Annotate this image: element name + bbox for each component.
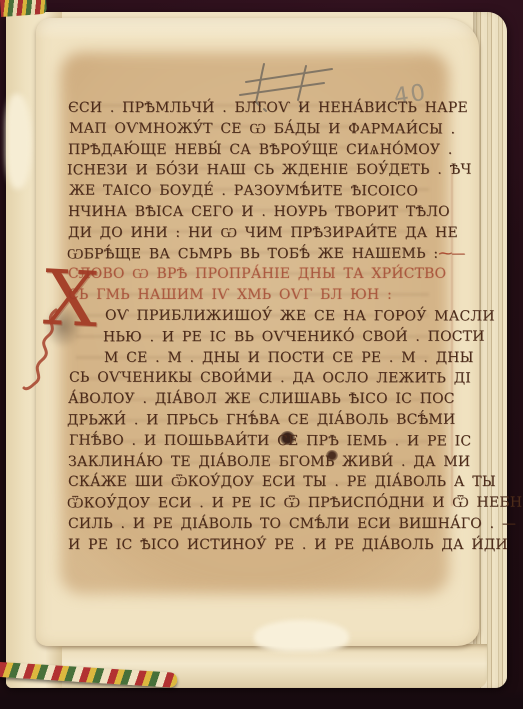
manuscript-text-line: СЬ ОѴЧЕНИКЫ СВОИ́МИ . ДА ОСЛО ЛЕЖИТЬ ДІ [69,368,483,390]
line-text: ЄСИ . ПРѢМЛЬЧИ́ . БЛ́ГОѴ И НЕНА́ВИСТЬ НА… [68,100,468,116]
line-text: ДИ ДО ИНИ : НИ Ѡ ЧИМ ПРѢЗИРАИ́ТЕ ДА НЕ [68,225,458,241]
line-text: СЬ ГМЬ НАШИМ ІѴ ХМЬ ОѴГ БЛ ЮН : [68,287,392,303]
manuscript-text-line: МАП ОѴМНОЖУ́Т СЕ Ѡ БА́ДЫ И ФАРМАИ́СЫ . [69,118,483,140]
line-text: ДРЬЖИ́ . И ПРЬСЬ ГНѢ́ВА СЕ ДІА́ВОЛЬ ВСѢ́… [67,412,455,429]
book-block: 40 Х ЄСИ . ПРѢМЛЬЧИ́ . БЛ́ГОѴ И НЕНА́ВИС… [6,12,507,688]
manuscript-text-line: ДИ ДО ИНИ : НИ Ѡ ЧИМ ПРѢЗИРАИ́ТЕ ДА НЕ [68,223,482,244]
manuscript-text-line: ДРЬЖИ́ . И ПРЬСЬ ГНѢ́ВА СЕ ДІА́ВОЛЬ ВСѢ́… [67,410,481,432]
manuscript-text-line: СКА́ЖЕ ШИ ѾКОУ́ДОУ ЕСИ ТЫ . РЕ ДІА́ВОЛЬ … [68,472,482,493]
line-text: МАП ОѴМНОЖУ́Т СЕ Ѡ БА́ДЫ И ФАРМАИ́СЫ . [69,120,455,137]
line-text: ПРѢДАЮ́ЩЕ НЕВЫ́ СА ВѢРОУ́ЩЕ СИѦНО́МОУ . [68,142,453,158]
manuscript-text-line: СЬ ГМЬ НАШИМ ІѴ ХМЬ ОѴГ БЛ ЮН : [68,285,482,306]
manuscript-text-line: СЛОВО Ѡ ВРѢ ПРОПРА́НІЕ ДНЫ ТА ХРИ́СТВО [68,264,482,285]
line-text: А́ВОЛОУ . ДІА́ВОЛ ЖЕ СЛИШАВЬ ѢІСО ІС ПОС [68,391,455,407]
line-text: СЬ ОѴЧЕНИКЫ СВОИ́МИ . ДА ОСЛО ЛЕЖИТЬ ДІ [69,370,471,387]
manuscript-text-line: ЄСИ . ПРѢМЛЬЧИ́ . БЛ́ГОѴ И НЕНА́ВИСТЬ НА… [68,98,482,119]
manuscript-text-line: ІСНЕЗИ И БО́ЗИ НАШ СЬ ЖДЕНІЕ БОУ́ДЕТЬ . … [67,160,481,182]
line-text: НЧИНА ВѢІСА СЕГО И . НОУРЬ ТВОРИТ ТѢЛО [68,204,450,220]
line-text: ѾКОУ́ДОУ ЕСИ . И РЕ ІС Ѿ ПРѢИСПО́ДНИ И Ѿ… [67,495,523,512]
bottom-edge-chip [254,620,349,652]
cover-shadow [0,687,523,709]
manuscript-text-line: СИЛЬ . И РЕ ДІА́ВОЛЬ ТО СМѢ́ЛИ ЕСИ ВИШНА… [68,514,482,535]
line-text: ЗАКЛИНА́Ю ТЕ ДІА́ВОЛЕ БГОМЬ ЖИВИ́ . ДА М… [68,454,470,470]
line-text: ОѴ ПРИБЛИЖИШОУ́ ЖЕ СЕ НА ГОРОУ́ МАСЛИ [105,308,495,325]
manuscript-text-line: ПРѢДАЮ́ЩЕ НЕВЫ́ СА ВѢРОУ́ЩЕ СИѦНО́МОУ . [68,140,482,161]
manuscript-text-line: ОѴ ПРИБЛИЖИШОУ́ ЖЕ СЕ НА ГОРОУ́ МАСЛИ [69,306,483,328]
line-text: НЬЮ . И РЕ ІС ВЬ ОѴЧЕНИКО́ СВОИ́ . ПОСТИ [103,328,485,345]
manuscript-text-line: НЧИНА ВѢІСА СЕГО И . НОУРЬ ТВОРИТ ТѢЛО [68,202,482,223]
margin-tear-patch [6,94,32,189]
manuscript-text-line: И РЕ ІС ѢІСО ИСТИНОУ́ РЕ . И РЕ ДІА́ВОЛЬ… [68,535,482,556]
line-text: И РЕ ІС ѢІСО ИСТИНОУ́ РЕ . И РЕ ДІА́ВОЛЬ… [68,537,508,553]
manuscript-text-line: ѠБРѢ́ЩЕ ВА СЬМРЬ ВЬ ТОБѢ́ ЖЕ НАШЕМЬ :⁓— [67,243,481,265]
manuscript-text-line: НЬЮ . И РЕ ІС ВЬ ОѴЧЕНИКО́ СВОИ́ . ПОСТИ [67,326,481,348]
line-text: СКА́ЖЕ ШИ ѾКОУ́ДОУ ЕСИ ТЫ . РЕ ДІА́ВОЛЬ … [68,474,496,490]
line-text: М СЕ . М . ДНЫ И ПОСТИ СЕ РЕ . М . ДНЫ [104,350,474,366]
line-text: ѠБРѢ́ЩЕ ВА СЬМРЬ ВЬ ТОБѢ́ ЖЕ НАШЕМЬ : [67,245,438,262]
line-text: ЖЕ ТАІСО БОУДЕ́ . РАЗОУМѢ́ИТЕ ѢІСОІСО [69,183,418,200]
manuscript-text-line: ЗАКЛИНА́Ю ТЕ ДІА́ВОЛЕ БГОМЬ ЖИВИ́ . ДА М… [68,452,482,473]
manuscript-text-line: ЖЕ ТАІСО БОУДЕ́ . РАЗОУМѢ́ИТЕ ѢІСОІСО [69,181,483,203]
manuscript-text-block: ЄСИ . ПРѢМЛЬЧИ́ . БЛ́ГОѴ И НЕНА́ВИСТЬ НА… [68,98,482,556]
line-text: СЛОВО Ѡ ВРѢ ПРОПРА́НІЕ ДНЫ ТА ХРИ́СТВО [68,266,446,282]
manuscript-text-line: А́ВОЛОУ . ДІА́ВОЛ ЖЕ СЛИШАВЬ ѢІСО ІС ПОС [68,389,482,410]
manuscript-page: 40 Х ЄСИ . ПРѢМЛЬЧИ́ . БЛ́ГОѴ И НЕНА́ВИС… [36,18,479,646]
manuscript-photo: 40 Х ЄСИ . ПРѢМЛЬЧИ́ . БЛ́ГОѴ И НЕНА́ВИС… [0,0,523,709]
initial-flourish [20,306,64,394]
manuscript-text-line: ѾКОУ́ДОУ ЕСИ . И РЕ ІС Ѿ ПРѢИСПО́ДНИ И Ѿ… [67,493,481,515]
manuscript-text-line: М СЕ . М . ДНЫ И ПОСТИ СЕ РЕ . М . ДНЫ [68,348,482,369]
line-text: ІСНЕЗИ И БО́ЗИ НАШ СЬ ЖДЕНІЕ БОУ́ДЕТЬ . … [67,162,472,179]
line-text: СИЛЬ . И РЕ ДІА́ВОЛЬ ТО СМѢ́ЛИ ЕСИ ВИШНА… [68,516,516,532]
manuscript-text-line: ГНѢ́ВО . И ПОШЬВАИ́ТИ СЕ ПРѢ ІЕМЬ . И РЕ… [69,430,483,452]
line-text: ГНѢ́ВО . И ПОШЬВАИ́ТИ СЕ ПРѢ ІЕМЬ . И РЕ… [69,432,471,449]
rubric-line-end-flourish: ⁓— [438,245,464,261]
